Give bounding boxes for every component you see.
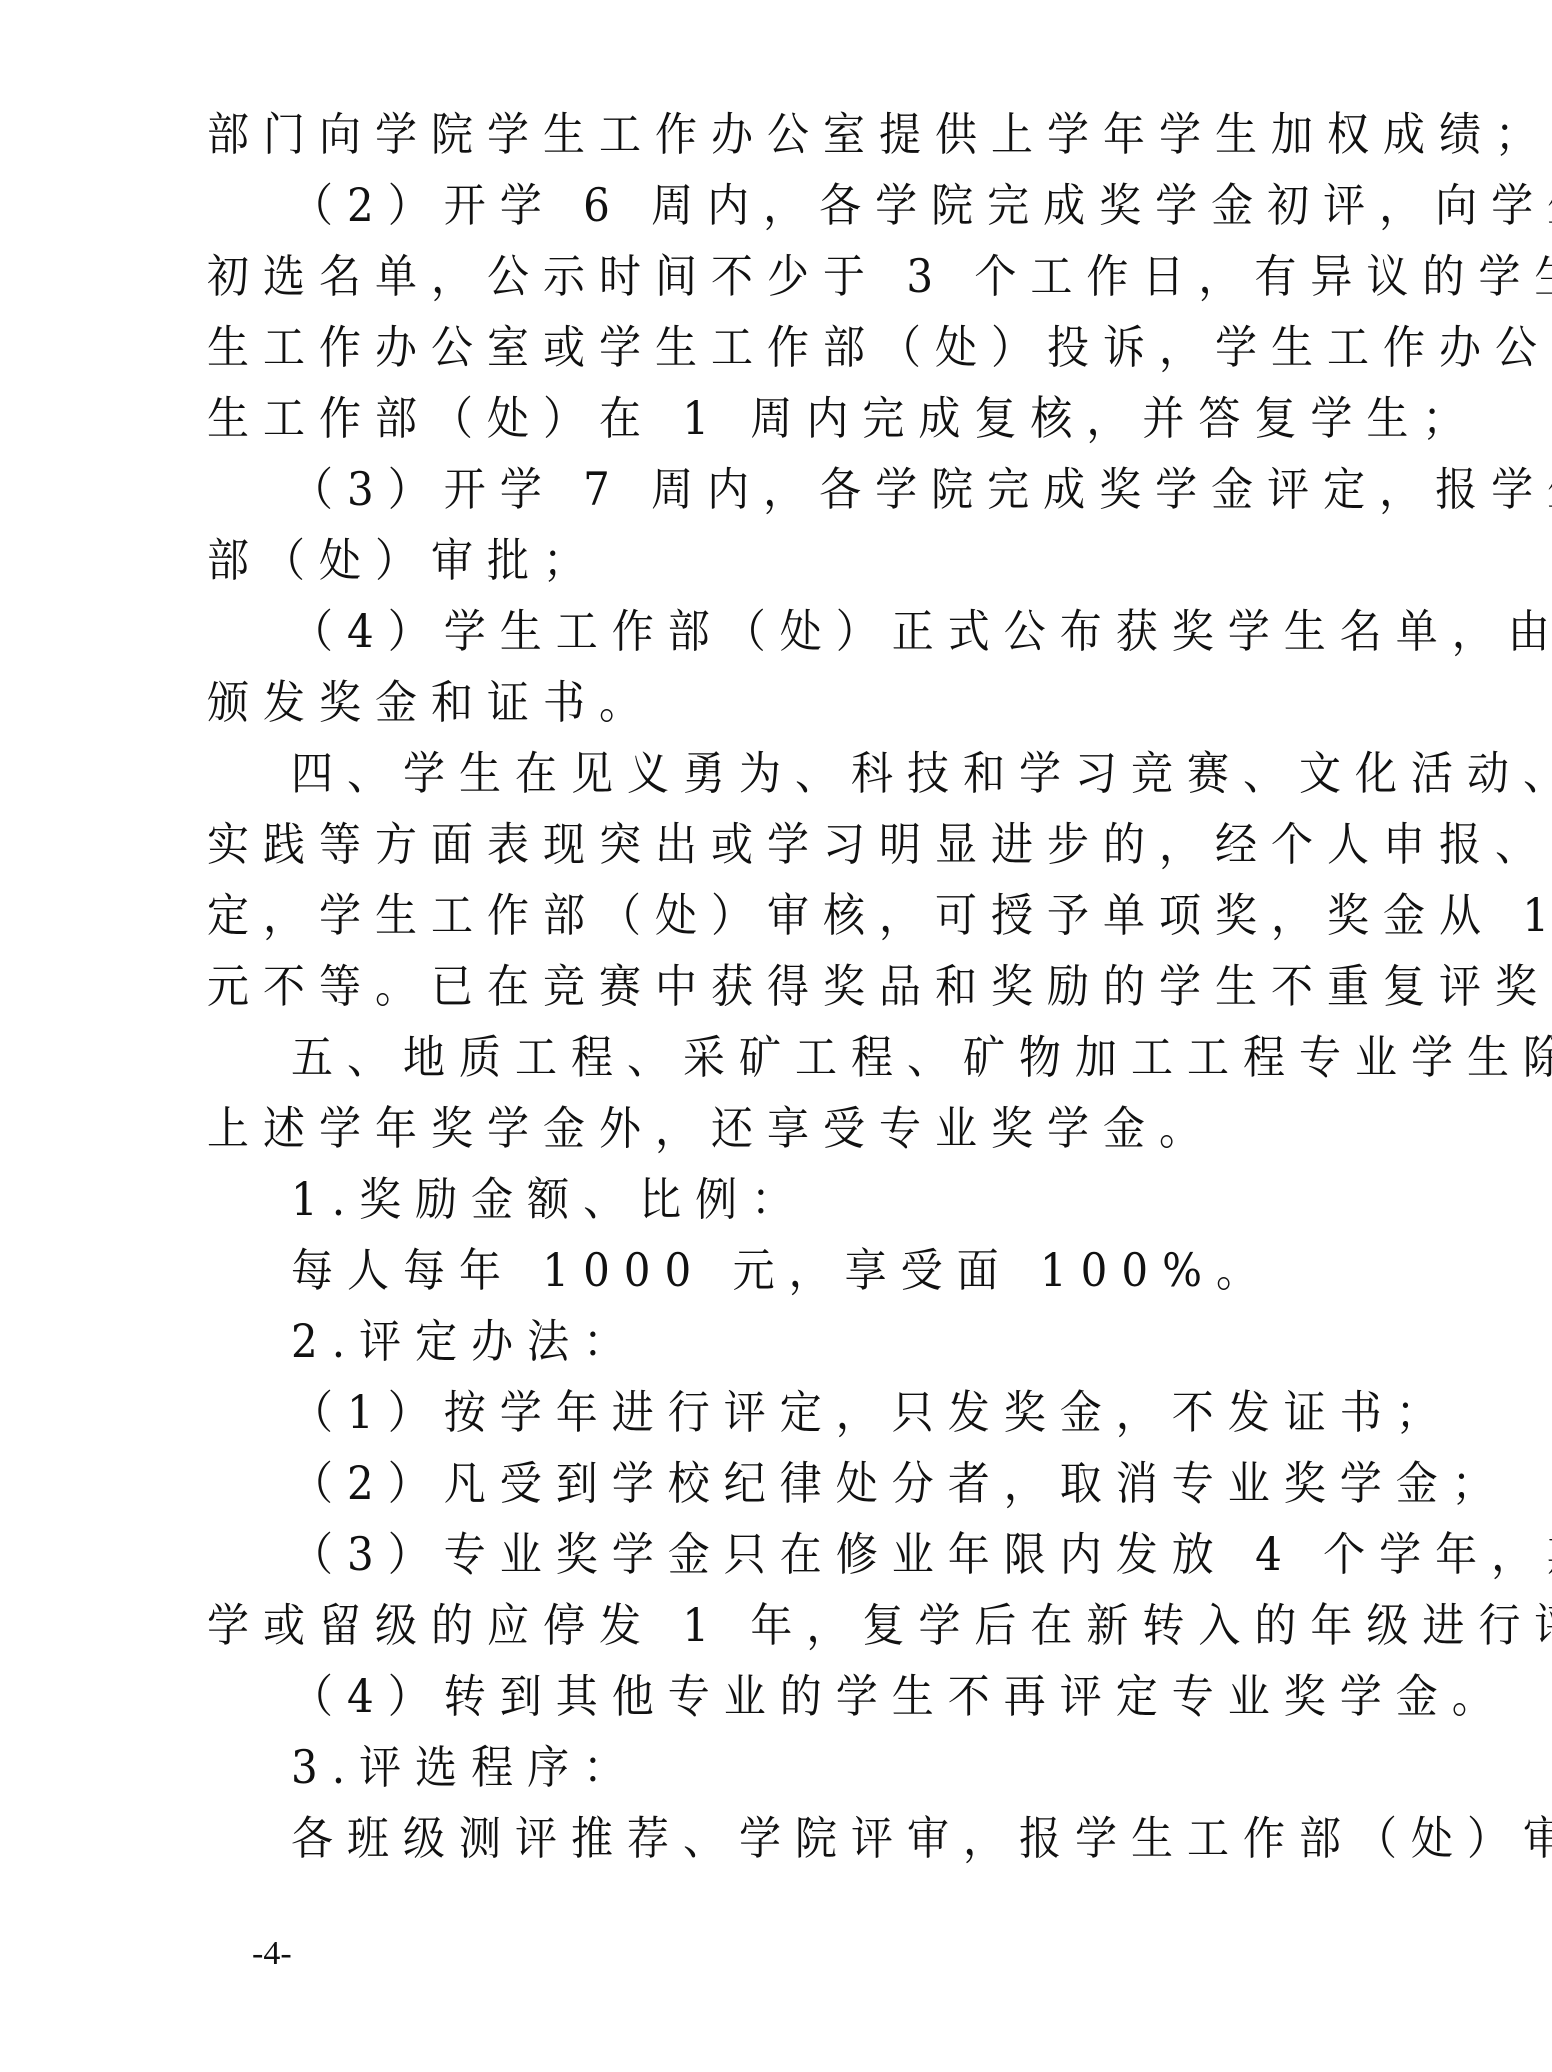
text-line: 实践等方面表现突出或学习明显进步的，经个人申报、学院评 bbox=[207, 813, 1367, 878]
text-line: 学或留级的应停发 1 年，复学后在新转入的年级进行评定； bbox=[207, 1594, 1367, 1659]
text-line: （3）专业奖学金只在修业年限内发放 4 个学年，期间休 bbox=[291, 1523, 1451, 1588]
text-line: 初选名单，公示时间不少于 3 个工作日，有异议的学生可向学 bbox=[207, 245, 1367, 310]
text-line: 定，学生工作部（处）审核，可授予单项奖，奖金从 100—1000 bbox=[207, 884, 1367, 949]
text-line: 3.评选程序： bbox=[291, 1736, 1451, 1801]
text-line: 颁发奖金和证书。 bbox=[207, 671, 1367, 736]
text-line: （1）按学年进行评定，只发奖金，不发证书； bbox=[291, 1381, 1451, 1446]
page-number: -4- bbox=[252, 1932, 292, 1976]
text-line: 部（处）审批； bbox=[207, 529, 1367, 594]
text-line: 上述学年奖学金外，还享受专业奖学金。 bbox=[207, 1097, 1367, 1162]
text-line: （4）转到其他专业的学生不再评定专业奖学金。 bbox=[291, 1665, 1451, 1730]
document-page: 部门向学院学生工作办公室提供上学年学生加权成绩；（2）开学 6 周内，各学院完成… bbox=[0, 0, 1552, 2072]
text-line: 五、地质工程、采矿工程、矿物加工工程专业学生除享受 bbox=[291, 1026, 1451, 1091]
text-line: 1.奖励金额、比例： bbox=[291, 1168, 1451, 1233]
text-line: 各班级测评推荐、学院评审，报学生工作部（处）审核。 bbox=[291, 1807, 1451, 1872]
text-line: 生工作办公室或学生工作部（处）投诉，学生工作办公室或学 bbox=[207, 316, 1367, 381]
text-line: （4）学生工作部（处）正式公布获奖学生名单，由学校 bbox=[291, 600, 1451, 665]
text-line: 四、学生在见义勇为、科技和学习竞赛、文化活动、社会 bbox=[291, 742, 1451, 807]
text-line: 部门向学院学生工作办公室提供上学年学生加权成绩； bbox=[207, 103, 1367, 168]
text-line: （2）凡受到学校纪律处分者，取消专业奖学金； bbox=[291, 1452, 1451, 1517]
text-line: 2.评定办法： bbox=[291, 1310, 1451, 1375]
text-line: 元不等。已在竞赛中获得奖品和奖励的学生不重复评奖。 bbox=[207, 955, 1367, 1020]
text-line: 每人每年 1000 元，享受面 100%。 bbox=[291, 1239, 1451, 1304]
text-line: 生工作部（处）在 1 周内完成复核，并答复学生； bbox=[207, 387, 1367, 452]
text-line: （3）开学 7 周内，各学院完成奖学金评定，报学生工作 bbox=[291, 458, 1451, 523]
text-line: （2）开学 6 周内，各学院完成奖学金初评，向学生公示 bbox=[291, 174, 1451, 239]
